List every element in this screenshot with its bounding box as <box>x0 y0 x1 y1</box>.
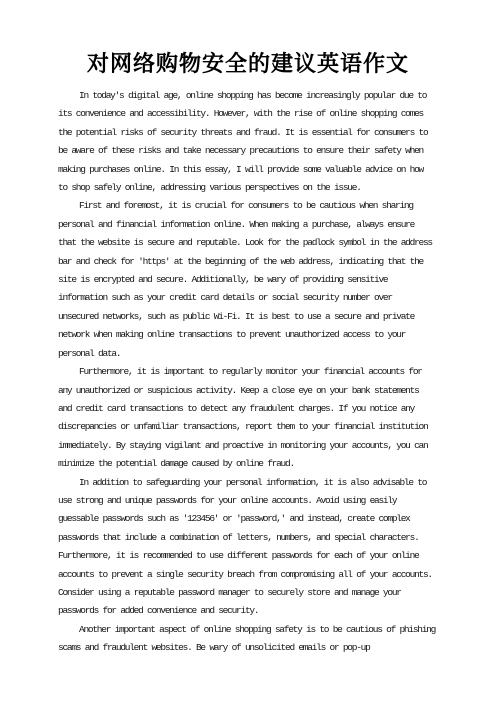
paragraph: In addition to safeguarding your persona… <box>58 474 436 621</box>
paragraph: In today's digital age, online shopping … <box>58 87 436 197</box>
paragraph: Furthermore, it is important to regularl… <box>58 363 436 473</box>
document-title: 对网络购物安全的建议英语作文 <box>0 0 496 78</box>
paragraph: First and foremost, it is crucial for co… <box>58 197 436 363</box>
paragraph: Another important aspect of online shopp… <box>58 621 436 658</box>
document-body: In today's digital age, online shopping … <box>58 87 436 658</box>
document-page: 对网络购物安全的建议英语作文 In today's digital age, o… <box>0 0 496 702</box>
